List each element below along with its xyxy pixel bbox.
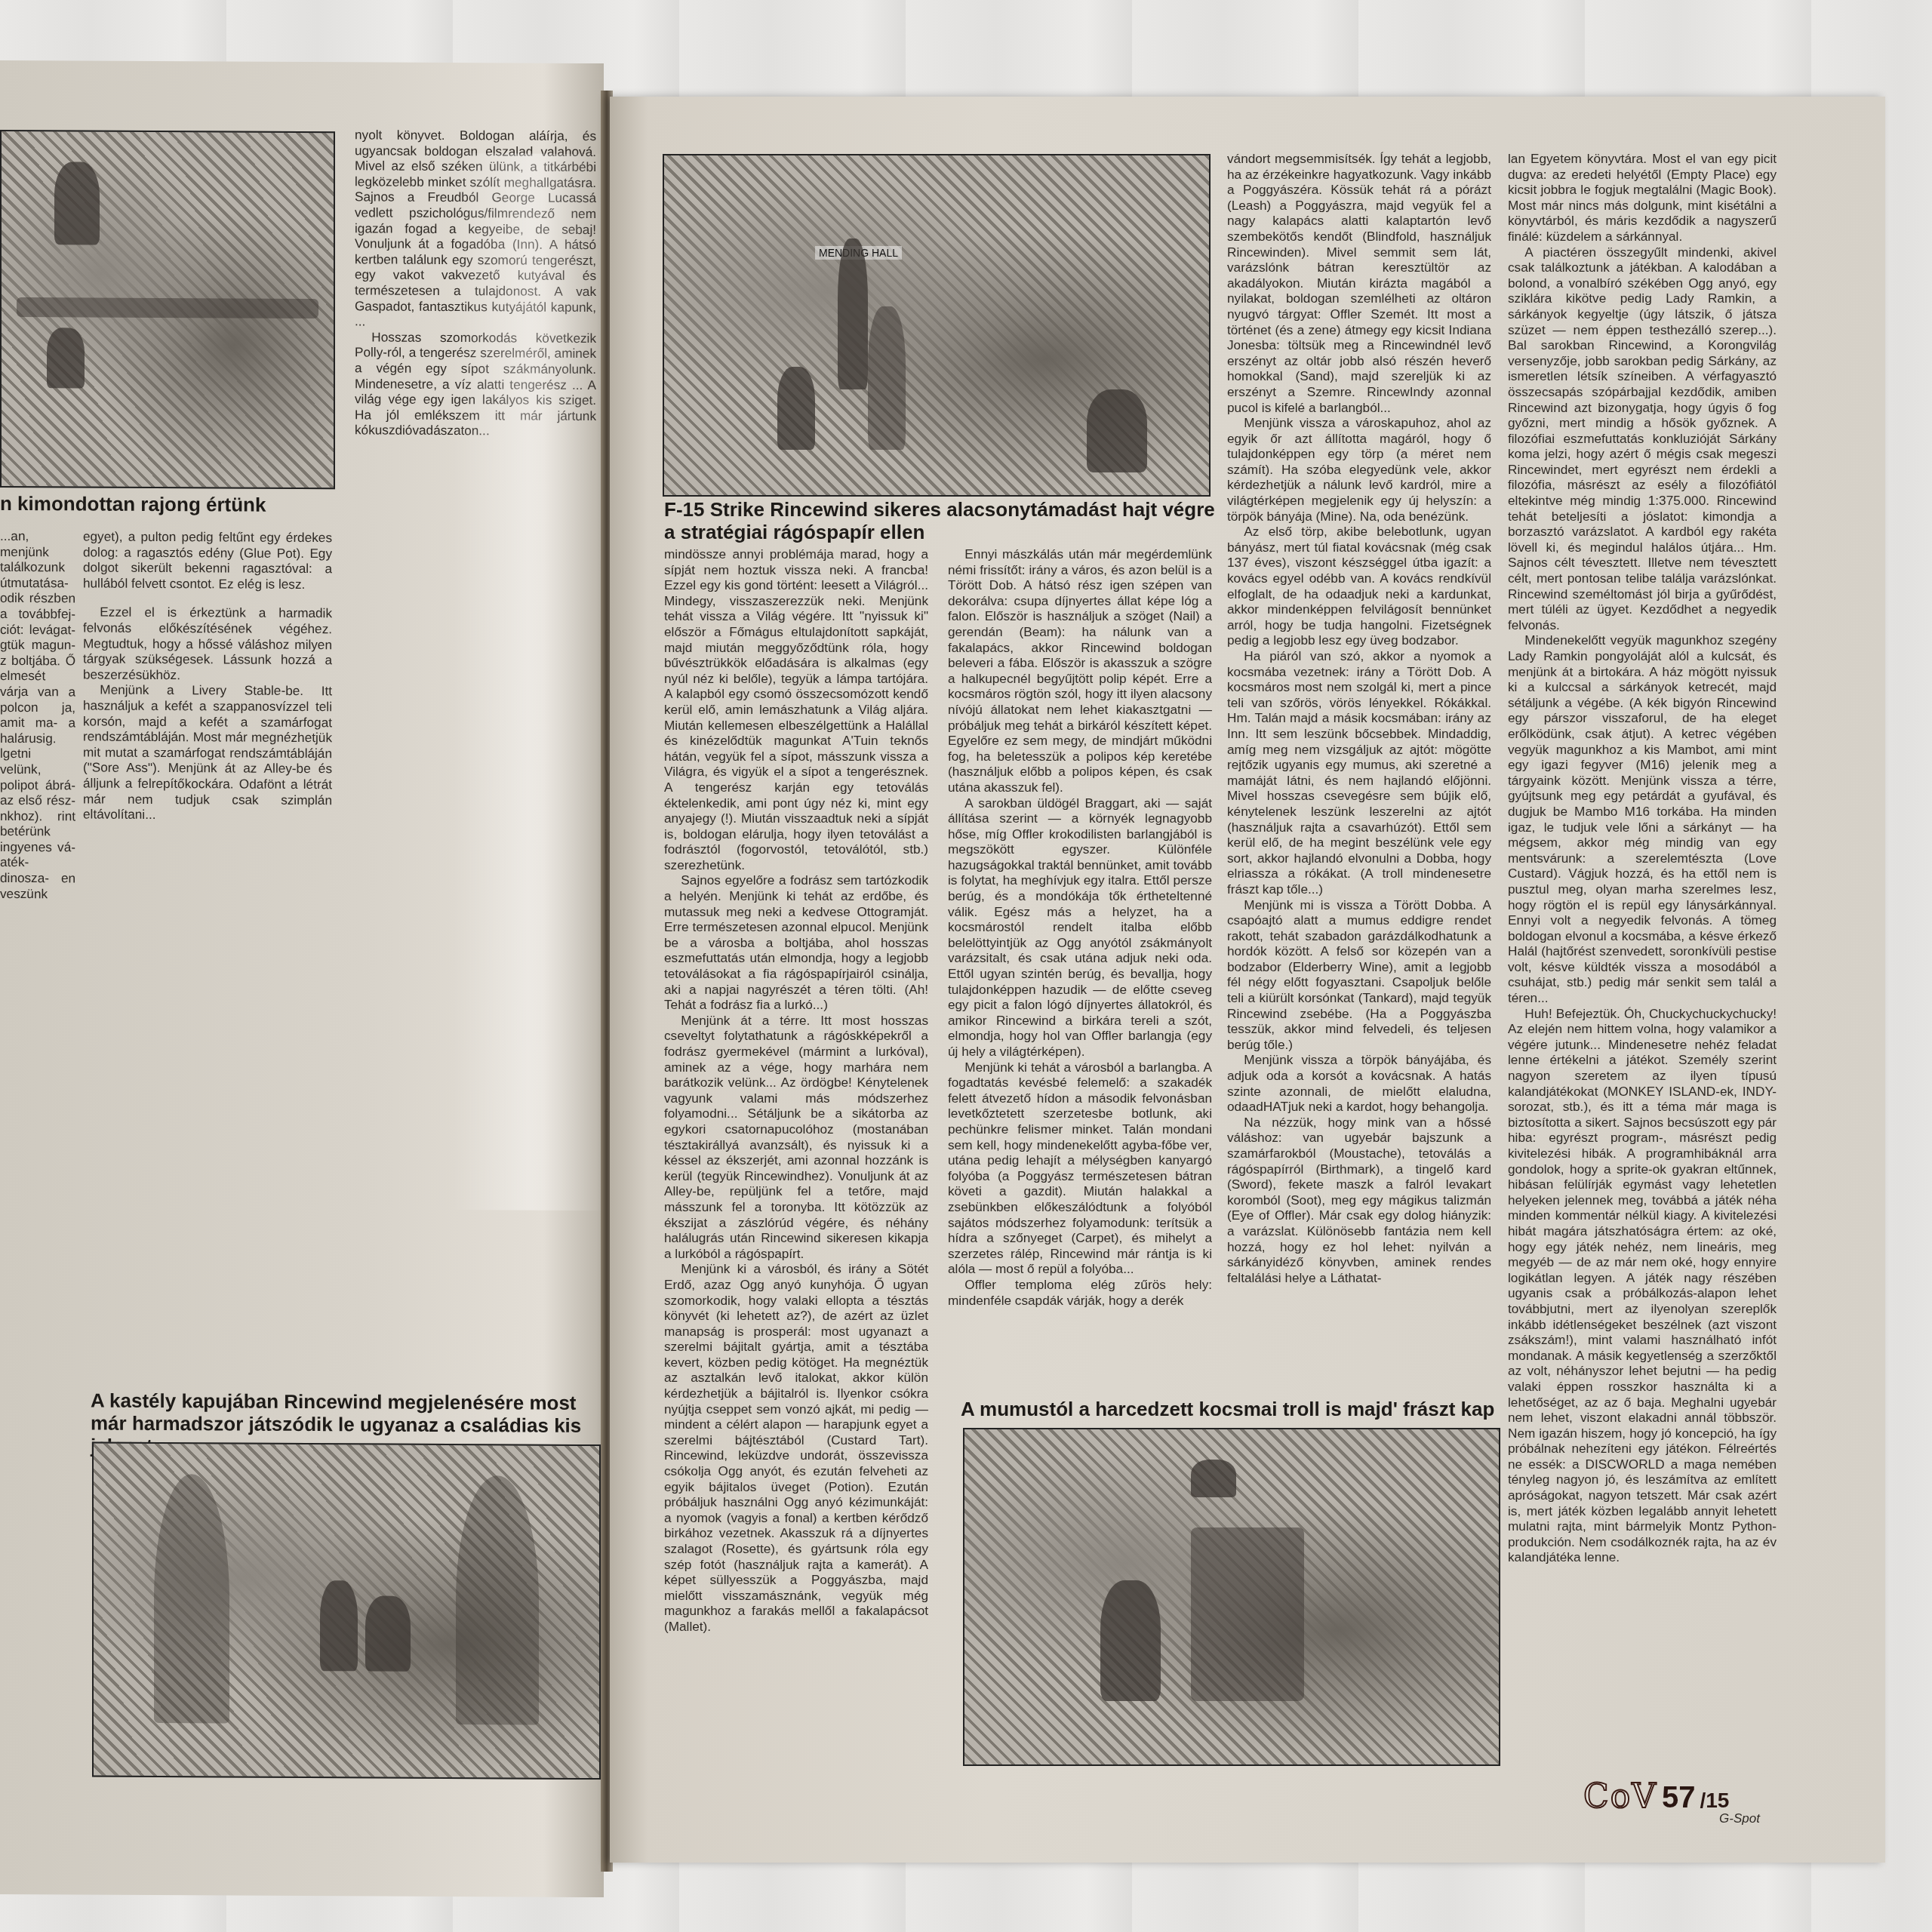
right-column-4: lan Egyetem könyvtára. Most el van egy p… <box>1508 151 1777 1834</box>
screenshot-tree-scene <box>0 130 335 489</box>
screenshot-troll-tavern <box>963 1428 1500 1766</box>
left-column-right-top: nyolt könyvet. Boldogan aláírja, és ugya… <box>355 127 596 1426</box>
right-column-2: Ennyi mászkálás után már megérdemlünk né… <box>948 546 1212 1422</box>
page-number: /15 <box>1700 1789 1729 1813</box>
issue-number: 57 <box>1662 1781 1696 1815</box>
left-heading-fragment: n kimondottan rajong értünk <box>0 492 347 516</box>
right-top-caption: F-15 Strike Rincewind sikeres alacsonytá… <box>664 498 1223 543</box>
right-column-3: vándort megsemmisítsék. Így tehát a legj… <box>1227 151 1491 1396</box>
magazine-logo: CoV <box>1583 1777 1657 1816</box>
page-folio: CoV 57 /15 <box>1583 1777 1729 1816</box>
screenshot-mending-hall: MENDING HALL <box>663 154 1211 497</box>
left-column-mid: egyet), a pulton pedig feltűnt egy érdek… <box>83 528 332 1435</box>
left-column-edge-bottom <box>0 1419 83 1767</box>
left-page: n kimondottan rajong értünk egyet), a pu… <box>0 60 604 1897</box>
right-page: MENDING HALL F-15 Strike Rincewind siker… <box>610 97 1885 1863</box>
left-column-edge: ...an, menjünk találkozunk útmutatása- o… <box>0 528 75 1435</box>
right-column-1: mindössze annyi problémája marad, hogy a… <box>664 546 928 1844</box>
screenshot-castle-gate <box>92 1442 601 1780</box>
right-bottom-caption: A mumustól a harcedzett kocsmai troll is… <box>961 1398 1504 1420</box>
